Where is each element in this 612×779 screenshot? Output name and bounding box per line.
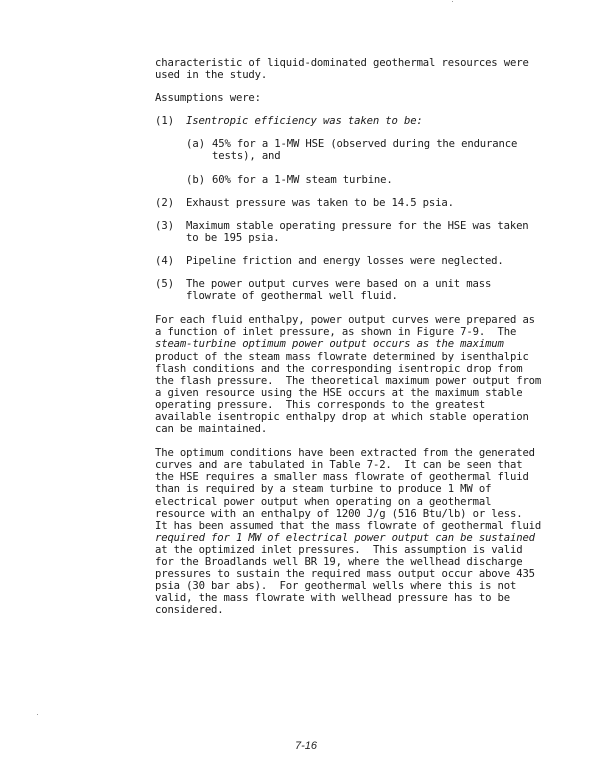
paragraph-line: steam-turbine optimum power output occur… [155, 338, 535, 350]
paragraph-line: a function of inlet pressure, as shown i… [155, 326, 535, 338]
paragraph-line: required for 1 MW of electrical power ou… [155, 532, 535, 544]
sub-list-text: 60% for a 1-MW steam turbine. [212, 174, 393, 186]
list-number: (5) [155, 278, 186, 290]
assumptions-heading: Assumptions were: [155, 92, 535, 104]
paragraph-line: product of the steam mass flowrate deter… [155, 351, 535, 363]
list-text: Isentropic efficiency was taken to be: [186, 115, 423, 127]
paragraph-line: valid, the mass flowrate with wellhead p… [155, 592, 535, 604]
scan-speck [452, 1, 453, 2]
paragraph-line: can be maintained. [155, 423, 535, 435]
list-number: (4) [155, 255, 186, 267]
paragraph-line: operating pressure. This corresponds to … [155, 399, 535, 411]
assumption-item-4: (4) Pipeline friction and energy losses … [155, 255, 535, 267]
sub-list-text: 45% for a 1-MW HSE (observed during the … [212, 138, 517, 150]
list-number: (1) [155, 115, 186, 127]
page-number: 7-16 [0, 740, 612, 752]
paragraph-line: electrical power output when operating o… [155, 496, 535, 508]
paragraph-line: flash conditions and the corresponding i… [155, 363, 535, 375]
paragraph-line: than is required by a steam turbine to p… [155, 483, 535, 495]
paragraph-line: resource with an enthalpy of 1200 J/g (5… [155, 508, 535, 520]
document-body: characteristic of liquid-dominated geoth… [155, 57, 535, 616]
paragraph-line: for the Broadlands well BR 19, where the… [155, 556, 535, 568]
assumption-item-1: (1) Isentropic efficiency was taken to b… [155, 115, 535, 127]
assumption-sub-item-a: (a) 45% for a 1-MW HSE (observed during … [186, 138, 535, 162]
list-text: Maximum stable operating pressure for th… [186, 220, 529, 232]
scan-speck [37, 714, 38, 715]
paragraph-power-output-curves: For each fluid enthalpy, power output cu… [155, 314, 535, 435]
list-text: to be 195 psia. [186, 232, 529, 244]
list-text: flowrate of geothermal well fluid. [186, 290, 491, 302]
assumption-item-3: (3) Maximum stable operating pressure fo… [155, 220, 535, 244]
assumption-sub-item-b: (b) 60% for a 1-MW steam turbine. [186, 174, 535, 186]
list-number: (2) [155, 197, 186, 209]
paragraph-line: the flash pressure. The theoretical maxi… [155, 375, 535, 387]
sub-list-number: (a) [186, 138, 212, 162]
sub-list-text: tests), and [212, 150, 517, 162]
paragraph-line: the HSE requires a smaller mass flowrate… [155, 471, 535, 483]
paragraph-line: at the optimized inlet pressures. This a… [155, 544, 535, 556]
assumption-item-5: (5) The power output curves were based o… [155, 278, 535, 302]
paragraph-line: curves and are tabulated in Table 7-2. I… [155, 459, 535, 471]
paragraph-line: For each fluid enthalpy, power output cu… [155, 314, 535, 326]
assumption-item-2: (2) Exhaust pressure was taken to be 14.… [155, 197, 535, 209]
paragraph-line: considered. [155, 604, 535, 616]
intro-line: used in the study. [155, 69, 535, 81]
paragraph-line: a given resource using the HSE occurs at… [155, 387, 535, 399]
list-text: The power output curves were based on a … [186, 278, 491, 290]
paragraph-line: pressures to sustain the required mass o… [155, 568, 535, 580]
sub-list-number: (b) [186, 174, 212, 186]
list-number: (3) [155, 220, 186, 232]
paragraph-line: The optimum conditions have been extract… [155, 447, 535, 459]
paragraph-optimum-conditions: The optimum conditions have been extract… [155, 447, 535, 616]
paragraph-line: It has been assumed that the mass flowra… [155, 520, 535, 532]
paragraph-line: psia (30 bar abs). For geothermal wells … [155, 580, 535, 592]
list-text: Exhaust pressure was taken to be 14.5 ps… [186, 197, 454, 209]
intro-line: characteristic of liquid-dominated geoth… [155, 57, 535, 69]
list-text: Pipeline friction and energy losses were… [186, 255, 504, 267]
paragraph-line: available isentropic enthalpy drop at wh… [155, 411, 535, 423]
